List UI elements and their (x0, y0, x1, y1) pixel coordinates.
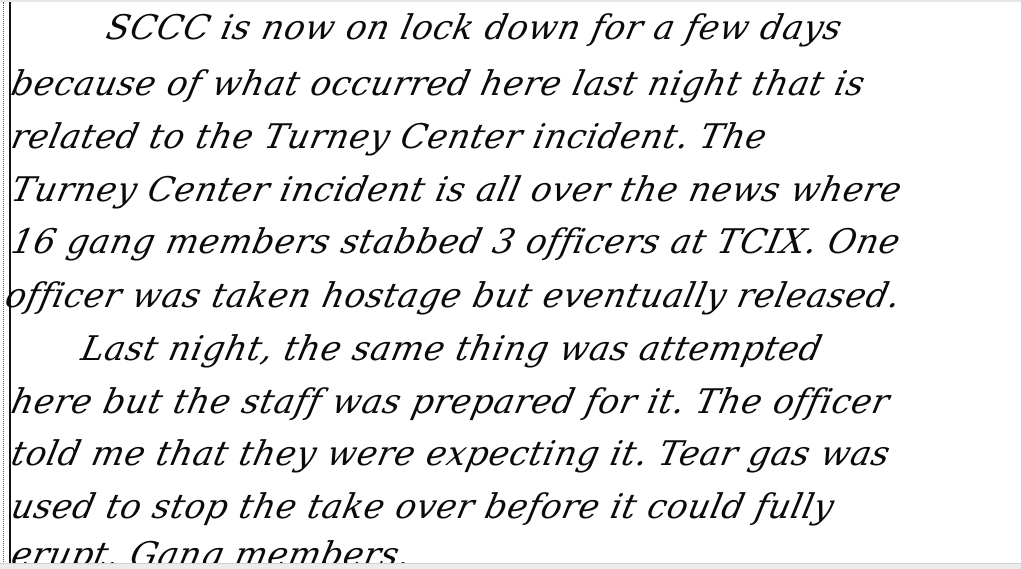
text-line-5: 16 gang members stabbed 3 officers at TC… (8, 222, 904, 262)
scan-top-edge (0, 0, 1021, 2)
text-line-6: officer was taken hostage but eventually… (2, 276, 905, 316)
page-margin-dotted-line (3, 2, 4, 564)
scan-bottom-edge (0, 563, 1021, 569)
text-line-4: Turney Center incident is all over the n… (8, 170, 906, 210)
text-line-10: used to stop the take over before it cou… (8, 487, 838, 527)
text-line-3: related to the Turney Center incident. T… (8, 117, 771, 157)
text-line-1: SCCC is now on lock down for a few days (103, 8, 846, 48)
text-line-9: told me that they were expecting it. Tea… (8, 434, 894, 474)
handwritten-page: SCCC is now on lock down for a few days … (12, 4, 1012, 564)
text-line-7: Last night, the same thing was attempted (78, 329, 826, 369)
text-line-8: here but the staff was prepared for it. … (8, 382, 894, 422)
text-line-2: because of what occurred here last night… (8, 64, 869, 104)
